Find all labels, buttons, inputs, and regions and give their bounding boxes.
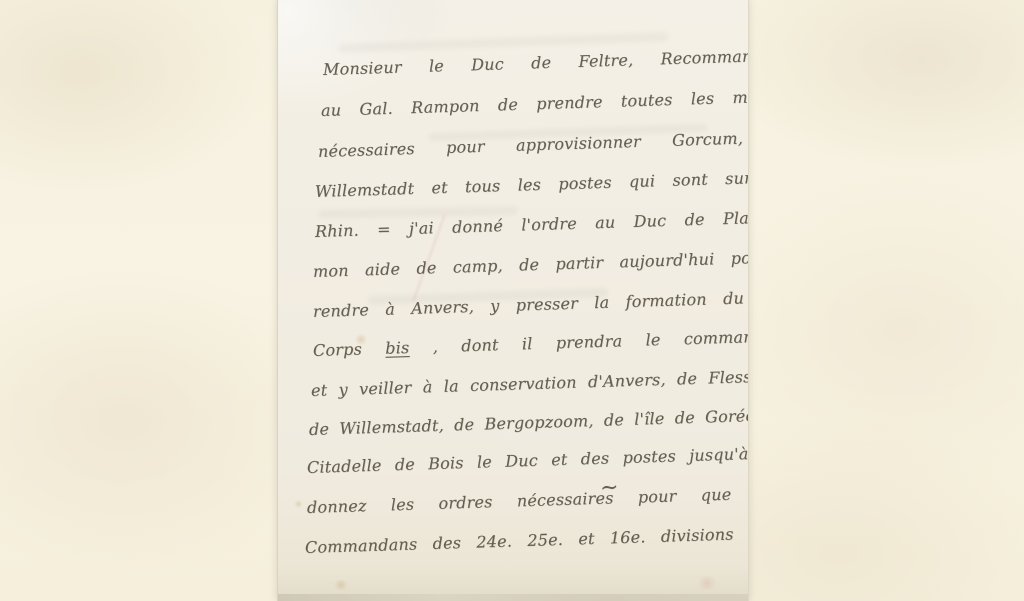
letter-photograph: Monsieur le Duc de Feltre, Recommandez —… [277,0,749,601]
underlined-word: bis [385,338,410,358]
manuscript-line-8: Corps bis , dont il prendra le commandem… [313,325,749,360]
foxing-spot [333,580,349,590]
foxing-spot [294,500,303,508]
manuscript-line-9: et y veiller à la conservation d'Anvers,… [311,366,749,400]
manuscript-line-2: au Gal. Rampon de prendre toutes les mes… [321,86,749,120]
manuscript-line-11: Citadelle de Bois le Duc et des postes j… [307,442,749,477]
foxing-spot [696,576,718,590]
manuscript-line-12: donnez les ordres nécessaires pour que l… [307,482,749,517]
screenshot-root: Monsieur le Duc de Feltre, Recommandez —… [0,0,1024,601]
line-8-pre: Corps [313,339,386,360]
manuscript-line-4: Willemstadt et tous les postes qui sont … [315,167,749,201]
show-through-smudge [338,32,668,53]
manuscript-line-6: mon aide de camp, de partir aujourd'hui … [313,247,749,281]
manuscript-line-13: Commandans des 24e. 25e. et 16e. divisio… [305,522,749,557]
line-8-post: , dont il prendra le commandement [409,325,749,357]
manuscript-line-10: de Willemstadt, de Bergopzoom, de l'île … [309,404,749,439]
